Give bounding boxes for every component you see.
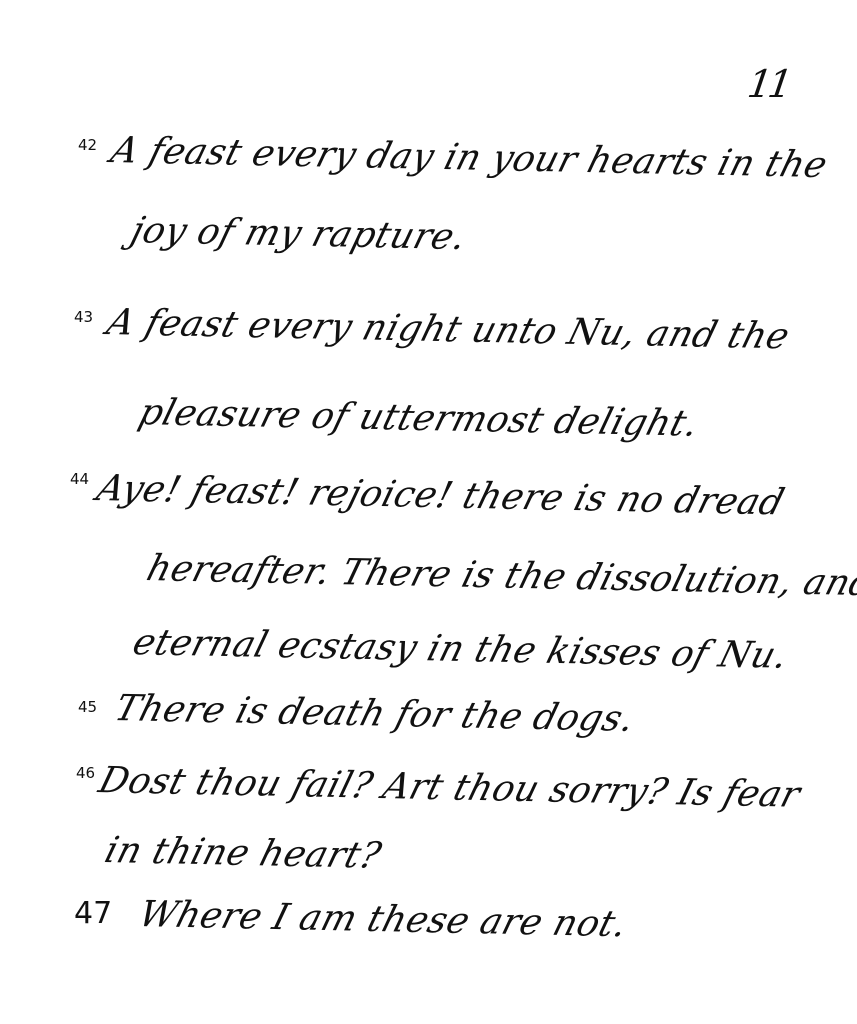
verse-number-47: 47 <box>74 896 112 931</box>
verse-46-line-2: in thine heart? <box>100 830 385 877</box>
verse-43-line-1: A feast every night unto Nu, and the <box>102 302 794 357</box>
verse-42-line-1: A feast every day in your hearts in the <box>106 130 831 186</box>
verse-47-line-1: Where I am these are not. <box>134 894 631 945</box>
page-number: 11 <box>745 62 792 106</box>
verse-43-line-2: pleasure of uttermost delight. <box>134 392 703 445</box>
verse-44-line-1: Aye! feast! rejoice! there is no dread <box>92 468 788 523</box>
verse-45-line-1: There is death for the dogs. <box>110 688 639 740</box>
verse-number-43: 43 <box>74 308 93 326</box>
manuscript-page: 11 42 A feast every day in your hearts i… <box>0 0 857 1024</box>
verse-number-45: 45 <box>78 698 97 716</box>
verse-44-line-3: eternal ecstasy in the kisses of Nu. <box>128 622 792 677</box>
verse-number-42: 42 <box>78 136 97 154</box>
verse-42-line-2: joy of my rapture. <box>126 210 471 258</box>
verse-46-line-1: Dost thou fail? Art thou sorry? Is fear <box>94 760 804 816</box>
verse-number-46: 46 <box>76 764 95 782</box>
verse-number-44: 44 <box>70 470 89 488</box>
verse-44-line-2: hereafter. There is the dissolution, and <box>142 548 857 604</box>
